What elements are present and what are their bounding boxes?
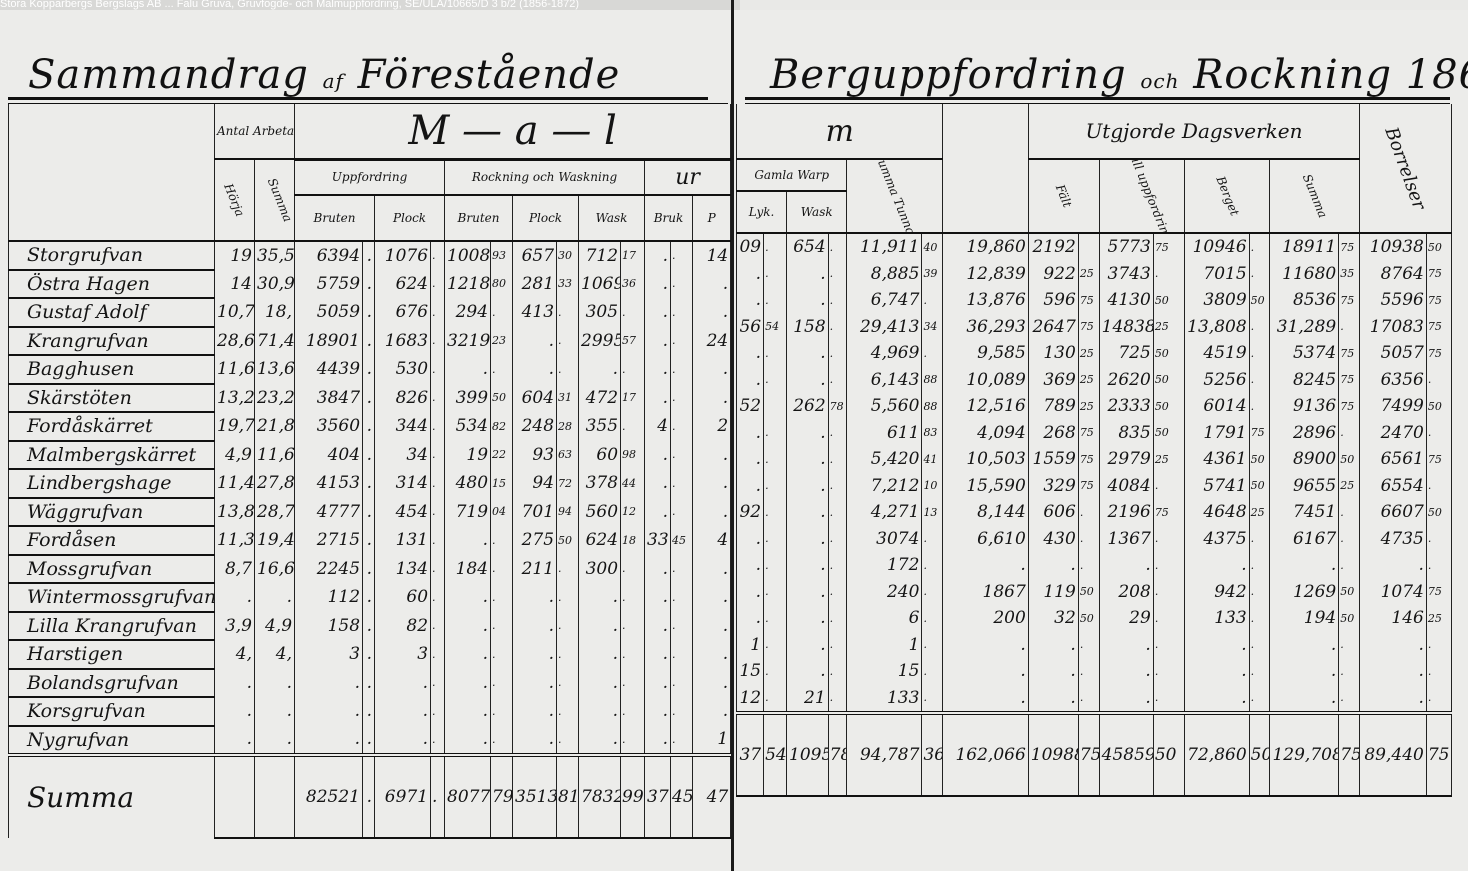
ledger-cell: 676 [375, 298, 431, 327]
ledger-cell: 12 [737, 685, 764, 714]
ledger-cell: . [431, 526, 445, 555]
ledger-cell: . [693, 697, 731, 726]
ledger-cell: . [671, 498, 693, 527]
ledger-cell: . [922, 632, 943, 659]
ledger-cell: . [1426, 685, 1451, 714]
ledger-cell: 5059 [295, 298, 363, 327]
ledger-cell: 606 [1028, 499, 1078, 526]
ledger-cell: . [737, 261, 764, 288]
ledger-cell: 98 [621, 441, 645, 470]
ledger-cell: . [579, 669, 621, 698]
ledger-cell: 29,413 [847, 314, 922, 341]
ledger-cell: . [787, 446, 829, 473]
ledger-cell: 45 [671, 755, 693, 838]
ledger-cell: . [513, 640, 557, 669]
ledger-cell: 75 [1339, 233, 1360, 261]
ledger-cell: 13,876 [943, 287, 1028, 314]
ledger-cell: . [215, 583, 255, 612]
ledger-cell: 6014 [1185, 393, 1250, 420]
table-row: Harstigen4,4,3.3.......... [9, 640, 731, 669]
ledger-cell: . [737, 605, 764, 632]
ledger-cell: 133 [847, 685, 922, 714]
ledger-cell: 75 [1426, 261, 1451, 288]
ledger-cell: . [645, 298, 671, 327]
ledger-cell: . [431, 612, 445, 641]
ledger-cell: 3 [295, 640, 363, 669]
title-right-connector: och [1140, 69, 1179, 93]
ledger-cell: . [431, 469, 445, 498]
ledger-cell: . [671, 412, 693, 441]
ledger-cell: . [491, 612, 513, 641]
ledger-cell: . [1185, 552, 1250, 579]
ledger-cell: 25 [1078, 393, 1099, 420]
ledger-cell: 534 [445, 412, 491, 441]
rockning-header: Rockning och Waskning [445, 159, 645, 195]
ledger-cell: . [828, 685, 847, 714]
ledger-cell: 15 [847, 658, 922, 685]
ledger-cell: . [1153, 261, 1184, 288]
ledger-cell: . [1339, 526, 1360, 553]
table-row: 52262785,5608812,516789252333506014.9136… [737, 393, 1452, 420]
ledger-cell: 25 [1249, 499, 1270, 526]
ledger-cell: 83 [922, 420, 943, 447]
ledger-cell: 1367 [1099, 526, 1153, 553]
ledger-cell: 10946 [1185, 233, 1250, 261]
table-row: ....172............ [737, 552, 1452, 579]
ledger-cell: 13 [922, 499, 943, 526]
ledger-cell: 25 [1078, 261, 1099, 288]
ledger-cell: 5596 [1360, 287, 1427, 314]
upp-bruten-header: Bruten [295, 195, 375, 241]
ledger-cell: . [621, 412, 645, 441]
ledger-cell: . [693, 441, 731, 470]
ledger-cell: . [922, 340, 943, 367]
ledger-cell: 8764 [1360, 261, 1427, 288]
ledger-cell: 17083 [1360, 314, 1427, 341]
ledger-cell: . [922, 658, 943, 685]
ledger-cell: 4,271 [847, 499, 922, 526]
ledger-cell: 7499 [1360, 393, 1427, 420]
ledger-cell: . [764, 632, 787, 659]
dv-berget-header: Berget [1185, 159, 1270, 233]
ledger-cell: 19 [215, 241, 255, 270]
ledger-cell: . [431, 441, 445, 470]
ledger-cell: . [693, 469, 731, 498]
ledger-cell: . [787, 287, 829, 314]
ledger-cell: 12,516 [943, 393, 1028, 420]
ledger-cell: . [1099, 552, 1153, 579]
ledger-cell: . [1249, 605, 1270, 632]
ledger-cell: 131 [375, 526, 431, 555]
ledger-cell: . [557, 298, 579, 327]
ledger-cell: 4375 [1185, 526, 1250, 553]
ledger-cell: . [693, 498, 731, 527]
ledger-cell: 8245 [1270, 367, 1339, 394]
ledger-cell: 44 [621, 469, 645, 498]
ledger-cell: . [737, 579, 764, 606]
ledger-cell: 10988 [1028, 713, 1078, 796]
ledger-cell: 1074 [1360, 579, 1427, 606]
ledger-cell: . [579, 612, 621, 641]
ledger-cell: 50 [1426, 393, 1451, 420]
table-row: 92...4,271138,144606.2196754648257451.66… [737, 499, 1452, 526]
ledger-cell: 6,143 [847, 367, 922, 394]
ledger-cell: . [828, 526, 847, 553]
ledger-cell: 3847 [295, 384, 363, 413]
ledger-cell: 3513 [513, 755, 557, 838]
ledger-cell: . [445, 355, 491, 384]
ledger-cell: 8,7 [215, 555, 255, 584]
ledger-cell: 50 [1153, 367, 1184, 394]
ledger-cell: . [787, 526, 829, 553]
ledger-cell: 378 [579, 469, 621, 498]
ledger-cell: 835 [1099, 420, 1153, 447]
ledger-cell: . [828, 261, 847, 288]
ledger-cell: . [671, 555, 693, 584]
ledger-cell: 119 [1028, 579, 1078, 606]
ledger-cell: . [431, 555, 445, 584]
ledger-cell: . [431, 640, 445, 669]
table-row: 12.21.133............ [737, 685, 1452, 714]
ledger-cell: . [255, 669, 295, 698]
ledger-cell: 93 [491, 241, 513, 270]
ledger-cell: . [764, 685, 787, 714]
ledger-cell: 6394 [295, 241, 363, 270]
ledger-cell: . [431, 241, 445, 270]
ledger-cell: 1791 [1185, 420, 1250, 447]
ledger-cell: 789 [1028, 393, 1078, 420]
ledger-cell: . [363, 469, 375, 498]
ledger-cell: . [513, 327, 557, 356]
ledger-cell: 34 [375, 441, 431, 470]
ledger-cell: . [1426, 526, 1451, 553]
ledger-cell: . [513, 726, 557, 756]
ledger-cell: 18, [255, 298, 295, 327]
ledger-cell: . [828, 632, 847, 659]
book-spine [731, 0, 734, 871]
ledger-cell: 712 [579, 241, 621, 270]
ledger-cell: 3560 [295, 412, 363, 441]
ledger-cell: . [764, 473, 787, 500]
ledger-cell: . [557, 697, 579, 726]
ledger-cell: . [445, 526, 491, 555]
ledger-cell: 88 [922, 393, 943, 420]
ledger-cell: 5,560 [847, 393, 922, 420]
ledger-cell: . [1153, 473, 1184, 500]
ledger-cell: 942 [1185, 579, 1250, 606]
ledger-cell: 1 [693, 726, 731, 756]
ledger-cell: . [1339, 658, 1360, 685]
ledger-cell: . [922, 685, 943, 714]
ledger-cell: . [295, 669, 363, 698]
workers-summa-header: Summa [255, 159, 295, 241]
ledger-cell: . [671, 384, 693, 413]
ledger-cell: 344 [375, 412, 431, 441]
ledger-cell: 41 [922, 446, 943, 473]
table-row: 09.654.11,9114019,860219257737510946.189… [737, 233, 1452, 261]
ledger-cell: 13,2 [215, 384, 255, 413]
ledger-cell: . [1078, 632, 1099, 659]
ledger-cell: . [693, 640, 731, 669]
ledger-cell: 75 [1426, 340, 1451, 367]
ledger-cell: . [557, 669, 579, 698]
ledger-cell: 50 [1153, 340, 1184, 367]
ledger-cell: . [1249, 579, 1270, 606]
summa-row-right: 375410957894,78736162,066109887545859507… [737, 713, 1452, 796]
ledger-cell: 16,6 [255, 555, 295, 584]
ledger-cell: . [579, 697, 621, 726]
ledger-cell: . [787, 499, 829, 526]
ledger-cell: . [828, 367, 847, 394]
ledger-cell: . [621, 355, 645, 384]
ledger-cell: 6971 [375, 755, 431, 838]
ledger-cell: . [1249, 393, 1270, 420]
ledger-cell: 50 [1426, 499, 1451, 526]
ledger-cell: . [431, 412, 445, 441]
ledger-cell: . [255, 697, 295, 726]
ledger-cell: 18911 [1270, 233, 1339, 261]
ledger-cell: 262 [787, 393, 829, 420]
ledger-cell: 3809 [1185, 287, 1250, 314]
ledger-cell: 11680 [1270, 261, 1339, 288]
ledger-cell: . [1099, 685, 1153, 714]
ledger-cell: . [1028, 658, 1078, 685]
mine-name: Fordåskärret [9, 412, 215, 441]
dv-uppfordring-header: Till uppfordring [1099, 159, 1184, 233]
ledger-cell [255, 755, 295, 838]
ledger-cell: . [764, 287, 787, 314]
ledger-cell: . [764, 233, 787, 261]
ledger-cell: 1269 [1270, 579, 1339, 606]
ledger-cell: 75 [1153, 499, 1184, 526]
ledger-cell: . [445, 669, 491, 698]
title-right: Berguppfordring och Rockning 1864 [770, 52, 1468, 98]
table-row: ....6,747.13,876596754130503809508536755… [737, 287, 1452, 314]
ledger-cell: 78 [828, 393, 847, 420]
ledger-cell [764, 393, 787, 420]
ledger-cell: 654 [787, 233, 829, 261]
ledger-cell: . [645, 355, 671, 384]
ledger-cell: . [363, 755, 375, 838]
ledger-cell: . [1249, 526, 1270, 553]
table-row: ....6,1438810,089369252620505256.8245756… [737, 367, 1452, 394]
ledger-cell: 404 [295, 441, 363, 470]
summa-row-left: Summa82521.6971.807779351381783299374547 [9, 755, 731, 838]
ledger-cell: 4,094 [943, 420, 1028, 447]
ledger-cell [215, 755, 255, 838]
ledger-cell: . [431, 697, 445, 726]
ledger-cell: 89,440 [1360, 713, 1427, 796]
ledger-cell: 430 [1028, 526, 1078, 553]
ledger-cell: 92 [737, 499, 764, 526]
ledger-cell: 15 [737, 658, 764, 685]
table-row: ....5,4204110,50315597529792543615089005… [737, 446, 1452, 473]
ledger-cell: 1069 [579, 270, 621, 299]
ledger-cell: 75 [1249, 420, 1270, 447]
ledger-cell: 922 [1028, 261, 1078, 288]
ledger-cell: . [431, 498, 445, 527]
ledger-cell: . [645, 669, 671, 698]
ledger-cell: . [431, 669, 445, 698]
ledger-cell: 4, [215, 640, 255, 669]
ledger-cell: . [363, 355, 375, 384]
ledger-cell: . [671, 726, 693, 756]
ledger-cell: 99 [621, 755, 645, 838]
ledger-cell: . [557, 327, 579, 356]
ledger-cell: . [645, 498, 671, 527]
ledger-cell: . [671, 612, 693, 641]
ledger-cell: . [1153, 605, 1184, 632]
ledger-cell: 28,7 [255, 498, 295, 527]
ledger-cell: . [363, 697, 375, 726]
ledger-cell: 130 [1028, 340, 1078, 367]
ledger-cell: . [671, 241, 693, 270]
ur-p-header: P [693, 195, 731, 241]
ledger-cell: 624 [579, 526, 621, 555]
gamla-warp-header: Gamla Warp [737, 159, 847, 191]
table-row: Malmbergskärret4,911,6404.34.19229363609… [9, 441, 731, 470]
ledger-cell: 399 [445, 384, 491, 413]
ledger-cell: . [1339, 552, 1360, 579]
ledger-cell: . [922, 287, 943, 314]
ledger-cell: 2715 [295, 526, 363, 555]
mine-name-header [9, 104, 215, 241]
ledger-cell: 88 [922, 367, 943, 394]
ledger-cell: . [764, 552, 787, 579]
ledger-cell: . [671, 583, 693, 612]
ledger-cell: . [1270, 658, 1339, 685]
gw-lyk-header: Lyk. [737, 191, 787, 233]
ledger-cell: 47 [693, 755, 731, 838]
archive-caption: Stora Kopparbergs Bergslags AB ... Falu … [0, 0, 740, 10]
ledger-cell: . [693, 384, 731, 413]
title-right-year: 1864 [1406, 52, 1468, 98]
ledger-cell: 12,839 [943, 261, 1028, 288]
mine-name: Storgrufvan [9, 241, 215, 270]
table-row: Gustaf Adolf10,718,5059.676.294.413.305.… [9, 298, 731, 327]
ledger-cell: 701 [513, 498, 557, 527]
ledger-cell: 719 [445, 498, 491, 527]
ledger-cell: 75 [1339, 340, 1360, 367]
title-left-connector: af [323, 69, 344, 93]
ledger-cell: 4,9 [215, 441, 255, 470]
borrelser-header: Borrelser [1360, 104, 1452, 233]
table-row: Wintermossgrufvan..112.60.......... [9, 583, 731, 612]
ledger-cell: 60 [579, 441, 621, 470]
ledger-cell: 36 [621, 270, 645, 299]
ledger-cell: 4735 [1360, 526, 1427, 553]
ledger-cell: 23 [491, 327, 513, 356]
table-row: ....4,969.9,58513025725504519.5374755057… [737, 340, 1452, 367]
ledger-cell: . [828, 446, 847, 473]
ledger-cell: 54 [764, 314, 787, 341]
ledger-cell: 28 [557, 412, 579, 441]
mine-name: Wintermossgrufvan [9, 583, 215, 612]
ledger-cell: 24 [693, 327, 731, 356]
ledger-cell: 4648 [1185, 499, 1250, 526]
ledger-cell: 6 [847, 605, 922, 632]
ledger-cell: . [828, 420, 847, 447]
ledger-cell: . [737, 473, 764, 500]
ledger-cell: . [557, 612, 579, 641]
ledger-cell: . [943, 632, 1028, 659]
ledger-cell: 2245 [295, 555, 363, 584]
ledger-cell: . [1185, 658, 1250, 685]
table-row: Bagghusen11,613,64439.530.......... [9, 355, 731, 384]
mine-name: Harstigen [9, 640, 215, 669]
ledger-cell: 25 [1078, 367, 1099, 394]
ledger-cell: 1008 [445, 241, 491, 270]
ledger-cell: 50 [1078, 605, 1099, 632]
ledger-cell: 75 [1078, 446, 1099, 473]
ledger-cell: 18 [621, 526, 645, 555]
ledger-cell: . [1426, 552, 1451, 579]
ledger-cell: . [1270, 552, 1339, 579]
ledger-cell: 2333 [1099, 393, 1153, 420]
ledger-cell: 3074 [847, 526, 922, 553]
ledger-cell: . [1339, 685, 1360, 714]
ledger-cell: 355 [579, 412, 621, 441]
ledger-cell: . [764, 261, 787, 288]
ledger-cell: . [1099, 658, 1153, 685]
ledger-cell: 15 [491, 469, 513, 498]
ledger-cell: . [513, 612, 557, 641]
ledger-cell: 75 [1426, 579, 1451, 606]
ledger-cell: 3219 [445, 327, 491, 356]
ledger-cell: 63 [557, 441, 579, 470]
ledger-cell: . [557, 583, 579, 612]
ledger-cell: . [621, 669, 645, 698]
ledger-cell: . [621, 640, 645, 669]
mine-name: Wäggrufvan [9, 498, 215, 527]
ledger-cell: . [431, 755, 445, 838]
ledger-cell: 2647 [1028, 314, 1078, 341]
ledger-cell: 23,2 [255, 384, 295, 413]
ledger-cell: 40 [922, 233, 943, 261]
ledger-cell: 33 [645, 526, 671, 555]
ledger-cell: . [1426, 658, 1451, 685]
ledger-cell: . [1028, 632, 1078, 659]
ledger-cell: 75 [1339, 393, 1360, 420]
ledger-cell: 530 [375, 355, 431, 384]
ledger-cell: 17 [621, 384, 645, 413]
ledger-table-left: Antal Arbetare pr månad M — a — l Hörja … [8, 104, 731, 839]
ledger-cell: 248 [513, 412, 557, 441]
ledger-cell: 725 [1099, 340, 1153, 367]
ledger-cell: 37 [645, 755, 671, 838]
ledger-cell: 35,5 [255, 241, 295, 270]
ledger-cell: 32 [1028, 605, 1078, 632]
uppfordring-header: Uppfordring [295, 159, 445, 195]
ledger-cell: 129,708 [1270, 713, 1339, 796]
ledger-cell: . [363, 583, 375, 612]
ledger-cell: . [943, 685, 1028, 714]
mine-name: Bagghusen [9, 355, 215, 384]
ledger-cell: 8900 [1270, 446, 1339, 473]
ledger-cell: . [1426, 473, 1451, 500]
ledger-cell: . [1339, 314, 1360, 341]
ledger-cell: 211 [513, 555, 557, 584]
table-row: Bolandsgrufvan............... [9, 669, 731, 698]
ledger-cell: . [671, 327, 693, 356]
ledger-cell: 75 [1426, 287, 1451, 314]
ledger-cell: . [1360, 552, 1427, 579]
ledger-cell: 413 [513, 298, 557, 327]
ledger-cell: 6356 [1360, 367, 1427, 394]
ledger-cell: . [1153, 579, 1184, 606]
mine-name: Nygrufvan [9, 726, 215, 756]
ledger-cell: 480 [445, 469, 491, 498]
